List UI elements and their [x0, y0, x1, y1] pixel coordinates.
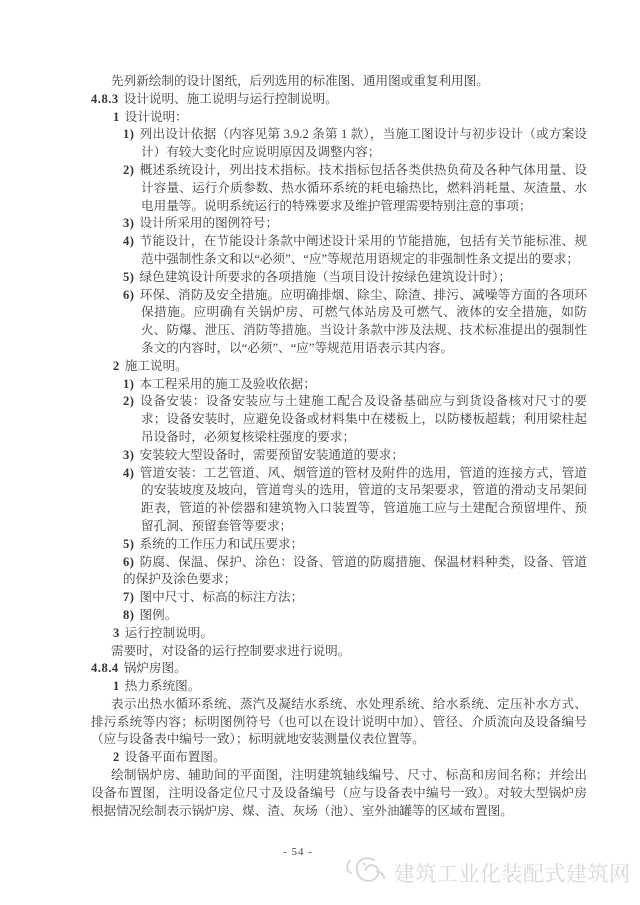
item-number: 1	[113, 679, 120, 693]
item-text: 系统的工作压力和试压要求；	[140, 537, 304, 551]
list-item-level1: 1热力系统图。	[113, 678, 587, 696]
list-item-level2: 8)图例。	[123, 607, 587, 625]
item-number: 6)	[123, 555, 135, 569]
watermark-text: 建筑工业化装配式建筑网	[394, 858, 631, 888]
item-text: 绿色建筑设计所要求的各项措施（当项目设计按绿色建筑设计时）；	[140, 270, 512, 284]
item-number: 4)	[123, 466, 135, 480]
item-text: 先列新绘制的设计图纸，后列选用的标准图、通用图或重复利用图。	[111, 74, 489, 88]
paragraph: 需要时，对设备的运行控制要求进行说明。	[91, 643, 587, 661]
item-text: 需要时，对设备的运行控制要求进行说明。	[111, 644, 350, 658]
item-number: 5)	[123, 270, 135, 284]
item-text: 列出设计依据（内容见第 3.9.2 条第 1 款），当施工图设计与初步设计（或方…	[140, 127, 588, 159]
item-number: 2	[113, 359, 120, 373]
list-item-level2: 1)本工程采用的施工及验收依据；	[123, 376, 587, 394]
item-number: 7)	[123, 590, 135, 604]
item-text: 安装较大型设备时，需要预留安装通道的要求；	[140, 448, 404, 462]
item-text: 施工说明。	[125, 359, 188, 373]
item-number: 3)	[123, 216, 135, 230]
paragraph: 绘制锅炉房、辅助间的平面图，注明建筑轴线编号、尺寸、标高和房间名称；并绘出设备布…	[91, 767, 587, 820]
item-number: 4.8.4	[91, 661, 119, 675]
item-text: 绘制锅炉房、辅助间的平面图，注明建筑轴线编号、尺寸、标高和房间名称；并绘出设备布…	[91, 768, 587, 818]
list-item-level1: 2设备平面布置图。	[113, 749, 587, 767]
item-number: 5)	[123, 537, 135, 551]
item-number: 2)	[123, 394, 135, 408]
item-text: 防腐、保温、保护、涂色：设备、管道的防腐措施、保温材料种类，设备、管道的保护及涂…	[123, 555, 587, 587]
item-number: 1)	[123, 377, 135, 391]
item-number: 4)	[123, 234, 135, 248]
list-item-level1: 2施工说明。	[113, 358, 587, 376]
item-text: 环保、消防及安全措施。应明确排烟、除尘、除渣、排污、减噪等方面的各项环保措施。应…	[140, 288, 588, 355]
item-text: 设计说明、施工说明与运行控制说明。	[124, 92, 338, 106]
item-text: 本工程采用的施工及验收依据；	[140, 377, 316, 391]
watermark-swirl-logo-icon	[344, 851, 388, 894]
list-item-level2: 2)设备安装：设备安装应与土建施工配合及设备基础应与到货设备核对尺寸的要求；设备…	[123, 393, 587, 446]
item-text: 概述系统设计，列出技术指标。技术指标包括各类供热负荷及各种气体用量、设计容量、运…	[140, 163, 588, 213]
list-item-level2: 3)设计所采用的图例符号；	[123, 215, 587, 233]
item-text: 管道安装：工艺管道、风、烟管道的管材及附件的选用，管道的连接方式，管道的安装坡度…	[140, 466, 588, 533]
item-number: 2)	[123, 163, 135, 177]
list-item-level1: 3运行控制说明。	[113, 625, 587, 643]
section-heading: 4.8.3设计说明、施工说明与运行控制说明。	[91, 91, 587, 109]
item-number: 2	[113, 750, 120, 764]
item-text: 图例。	[140, 608, 178, 622]
item-text: 设备平面布置图。	[125, 750, 226, 764]
list-item-level2: 6)环保、消防及安全措施。应明确排烟、除尘、除渣、排污、减噪等方面的各项环保措施…	[123, 287, 587, 358]
item-text: 锅炉房图。	[124, 661, 187, 675]
list-item-level2: 7)图中尺寸、标高的标注方法；	[123, 589, 587, 607]
item-text: 图中尺寸、标高的标注方法；	[140, 590, 304, 604]
list-item-level2: 5)系统的工作压力和试压要求；	[123, 536, 587, 554]
item-number: 3	[113, 626, 120, 640]
list-item-level2: 2)概述系统设计，列出技术指标。技术指标包括各类供热负荷及各种气体用量、设计容量…	[123, 162, 587, 215]
list-item-level2: 4)节能设计，在节能设计条款中阐述设计采用的节能措施，包括有关节能标准、规范中强…	[123, 233, 587, 269]
list-item-level2: 6)防腐、保温、保护、涂色：设备、管道的防腐措施、保温材料种类，设备、管道的保护…	[123, 554, 587, 590]
item-number: 3)	[123, 448, 135, 462]
paragraph: 表示出热水循环系统、蒸汽及凝结水系统、水处理系统、给水系统、定压补水方式、排污系…	[91, 696, 587, 749]
item-number: 8)	[123, 608, 135, 622]
item-text: 热力系统图。	[125, 679, 201, 693]
item-text: 表示出热水循环系统、蒸汽及凝结水系统、水处理系统、给水系统、定压补水方式、排污系…	[91, 697, 587, 747]
item-number: 1	[113, 110, 120, 124]
item-number: 6)	[123, 288, 135, 302]
item-text: 设计所采用的图例符号；	[140, 216, 279, 230]
list-item-level2: 4)管道安装：工艺管道、风、烟管道的管材及附件的选用，管道的连接方式，管道的安装…	[123, 465, 587, 536]
item-number: 1)	[123, 127, 135, 141]
site-watermark: 建筑工业化装配式建筑网	[344, 851, 631, 894]
item-text: 设备安装：设备安装应与土建施工配合及设备基础应与到货设备核对尺寸的要求；设备安装…	[140, 394, 588, 444]
item-number: 4.8.3	[91, 92, 119, 106]
item-text: 节能设计，在节能设计条款中阐述设计采用的节能措施，包括有关节能标准、规范中强制性…	[140, 234, 588, 266]
list-item-level2: 5)绿色建筑设计所要求的各项措施（当项目设计按绿色建筑设计时）；	[123, 269, 587, 287]
item-text: 设计说明：	[125, 110, 188, 124]
item-text: 运行控制说明。	[125, 626, 213, 640]
section-heading: 4.8.4锅炉房图。	[91, 660, 587, 678]
list-item-level1: 1设计说明：	[113, 109, 587, 127]
page-number: - 54 -	[258, 846, 338, 858]
paragraph: 先列新绘制的设计图纸，后列选用的标准图、通用图或重复利用图。	[91, 73, 587, 91]
document-page: 先列新绘制的设计图纸，后列选用的标准图、通用图或重复利用图。4.8.3设计说明、…	[0, 0, 640, 905]
list-item-level2: 3)安装较大型设备时，需要预留安装通道的要求；	[123, 447, 587, 465]
list-item-level2: 1)列出设计依据（内容见第 3.9.2 条第 1 款），当施工图设计与初步设计（…	[123, 126, 587, 162]
document-body: 先列新绘制的设计图纸，后列选用的标准图、通用图或重复利用图。4.8.3设计说明、…	[91, 73, 587, 820]
